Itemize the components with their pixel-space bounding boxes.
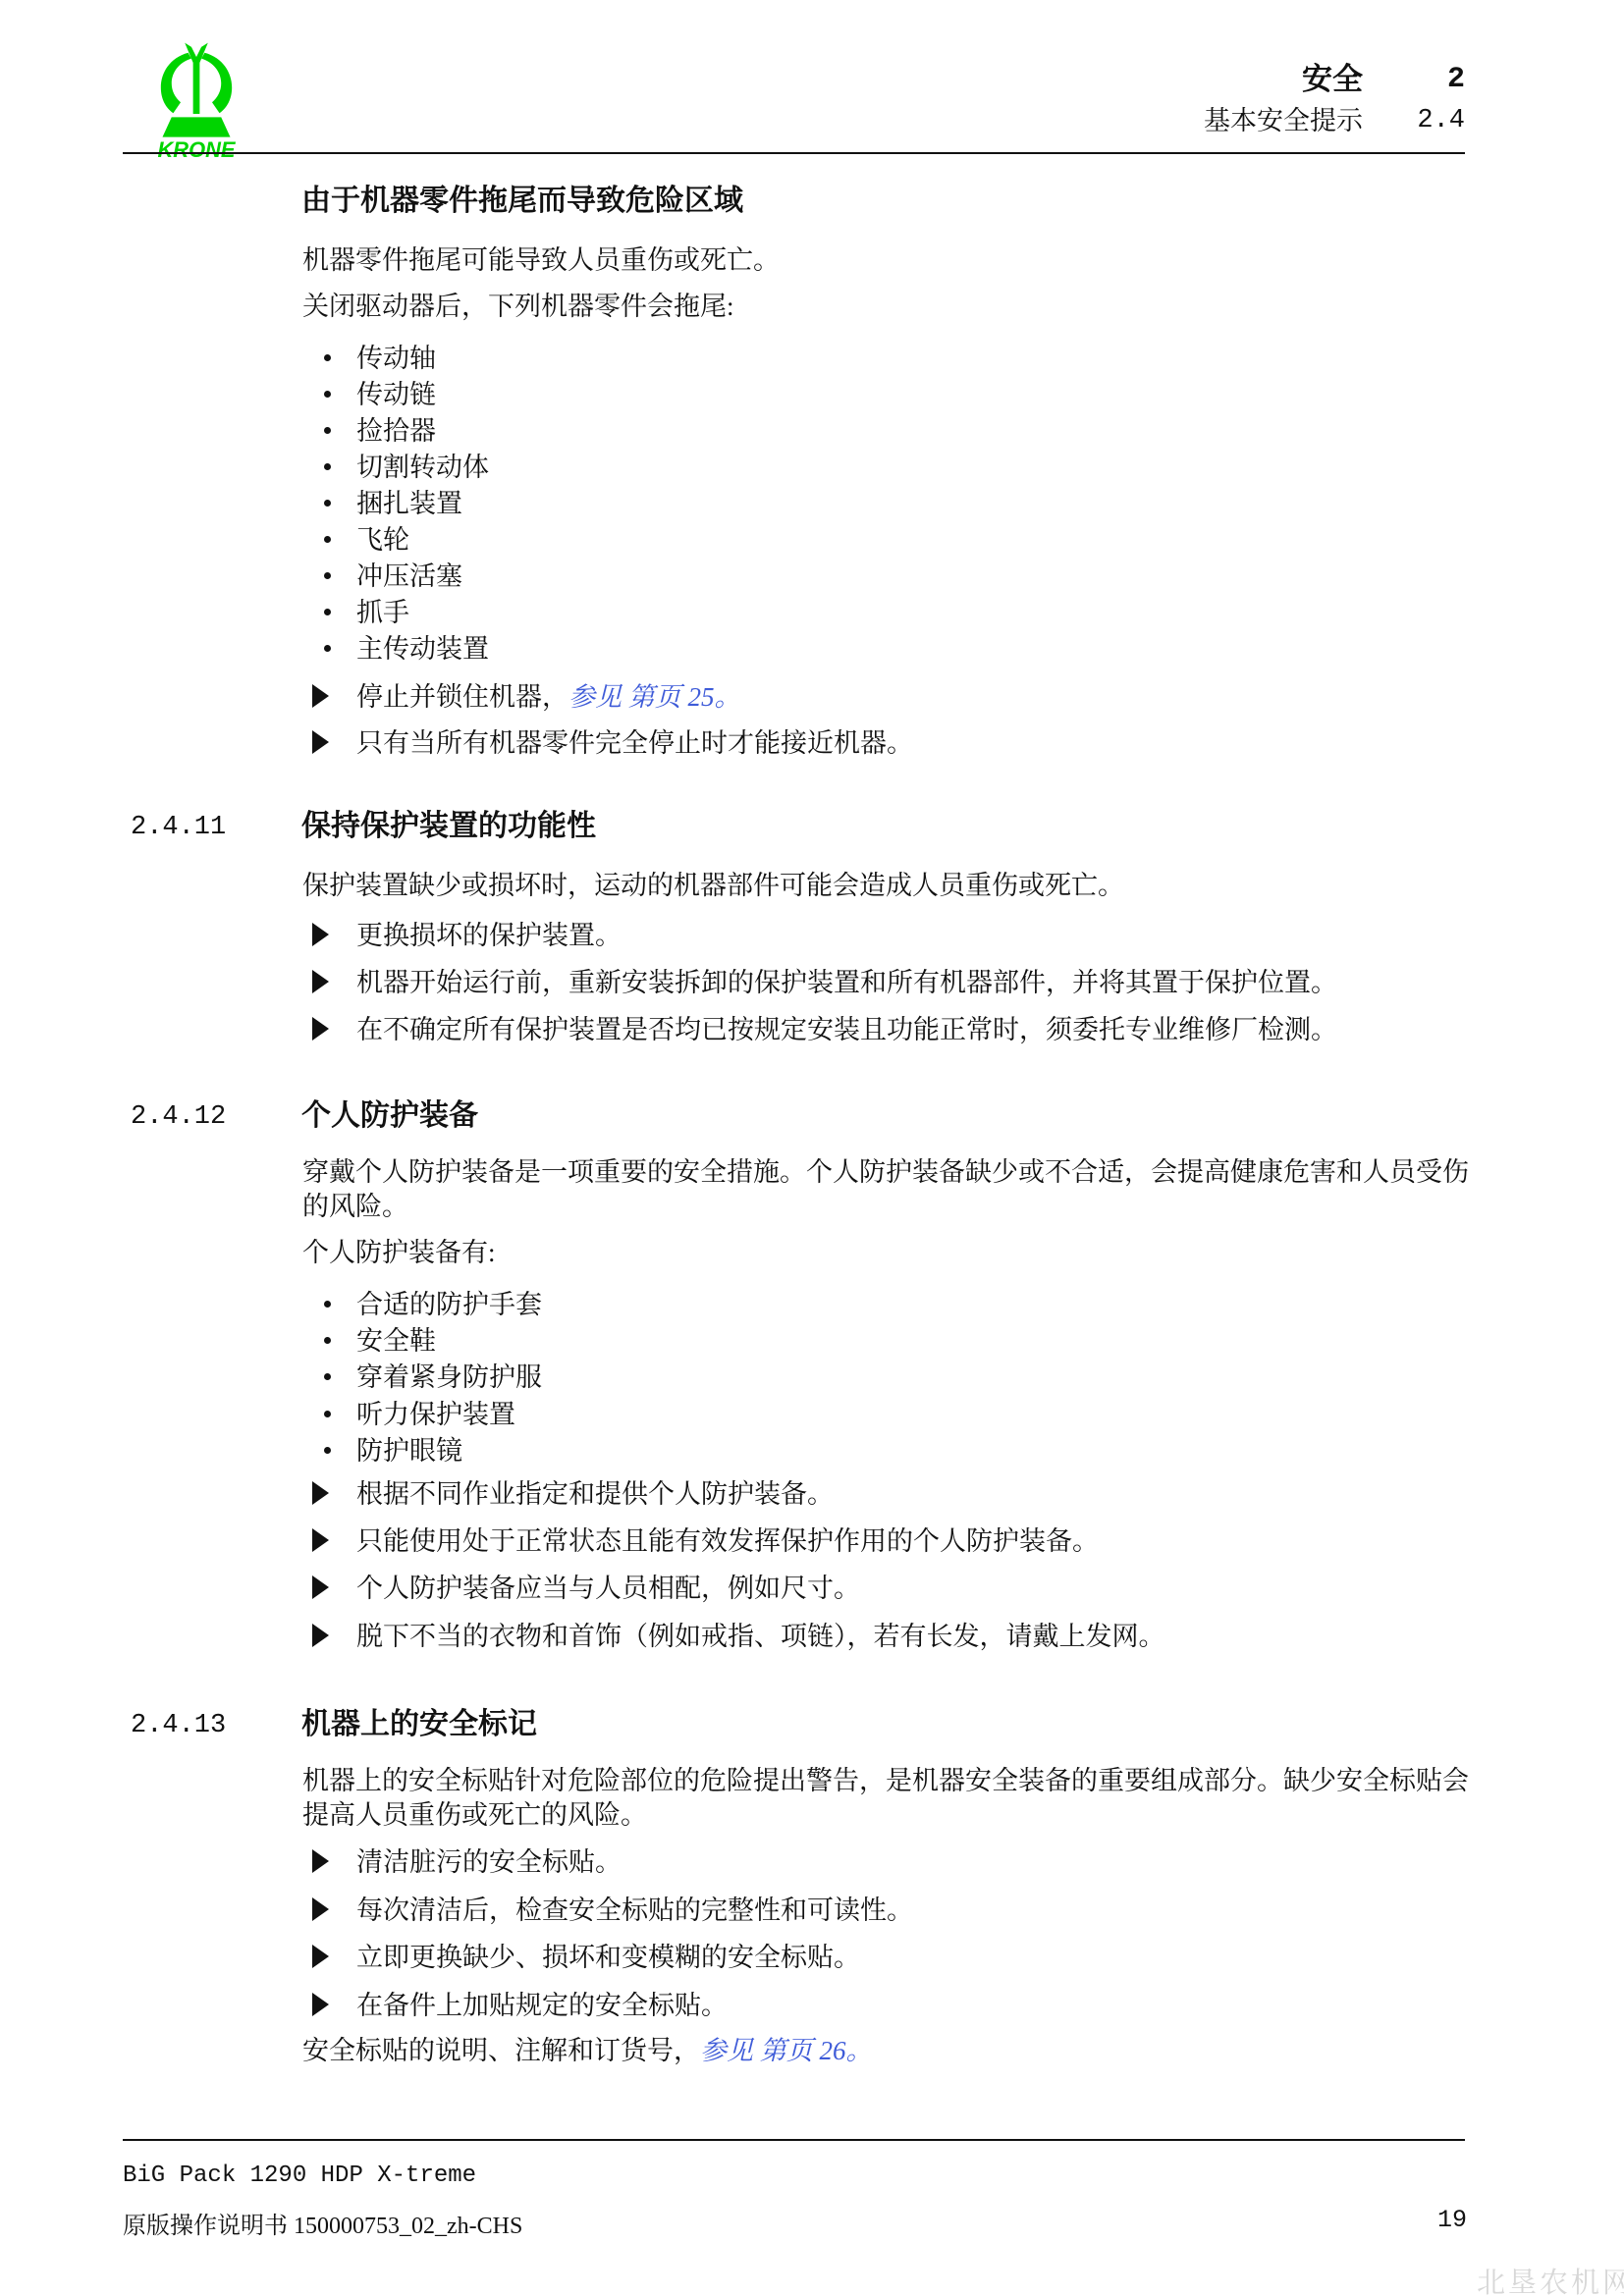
- cross-reference-link[interactable]: 参见 第页 25。: [568, 682, 741, 712]
- section-number: 2.4.11: [131, 813, 226, 842]
- footer-machine-name: BiG Pack 1290 HDP X-treme: [123, 2163, 476, 2189]
- action-item: 立即更换缺少、损坏和变模糊的安全标贴。: [312, 1941, 860, 1974]
- list-item: 穿着紧身防护服: [324, 1361, 542, 1394]
- action-text: 只能使用处于正常状态且能有效发挥保护作用的个人防护装备。: [356, 1524, 1099, 1558]
- action-text: 个人防护装备应当与人员相配，例如尺寸。: [356, 1572, 860, 1605]
- header-section-title: 基本安全提示: [1204, 106, 1363, 135]
- closing-line: 安全标贴的说明、注解和订货号，参见 第页 26。: [302, 2034, 873, 2067]
- arrow-right-icon: [312, 684, 329, 708]
- watermark: 北垦农机网: [1477, 2261, 1624, 2296]
- bullet-icon: [324, 1411, 331, 1417]
- arrow-right-icon: [312, 1624, 329, 1647]
- arrow-right-icon: [312, 923, 329, 946]
- action-text: 停止并锁住机器，: [356, 682, 568, 712]
- arrow-right-icon: [312, 1528, 329, 1552]
- page-number: 19: [1437, 2206, 1467, 2234]
- arrow-right-icon: [312, 1017, 329, 1041]
- header-rule: [123, 152, 1465, 154]
- action-item: 每次清洁后，检查安全标贴的完整性和可读性。: [312, 1894, 913, 1927]
- bullet-icon: [324, 1301, 331, 1308]
- bullet-icon: [324, 1337, 331, 1344]
- manual-page: KRONE 安全 2 基本安全提示 2.4 由于机器零件拖尾而导致危险区域 机器…: [0, 0, 1624, 2296]
- list-item: 抓手: [324, 596, 409, 629]
- bullet-icon: [324, 1373, 331, 1380]
- section-heading: 个人防护装备: [301, 1099, 478, 1133]
- bullet-icon: [324, 609, 331, 615]
- closing-text: 安全标贴的说明、注解和订货号，: [302, 2036, 700, 2065]
- action-item: 清洁脏污的安全标贴。: [312, 1845, 622, 1879]
- action-text: 立即更换缺少、损坏和变模糊的安全标贴。: [356, 1941, 860, 1974]
- section-paragraph: 机器上的安全标贴针对危险部位的危险提出警告，是机器安全装备的重要组成部分。缺少安…: [302, 1764, 1471, 1833]
- action-text: 每次清洁后，检查安全标贴的完整性和可读性。: [356, 1894, 913, 1927]
- section-heading: 机器上的安全标记: [301, 1708, 537, 1741]
- arrow-right-icon: [312, 1897, 329, 1921]
- danger-zone-para2: 关闭驱动器后，下列机器零件会拖尾:: [302, 290, 734, 323]
- section-number: 2.4.13: [131, 1711, 226, 1740]
- krone-crown-icon: KRONE: [154, 41, 239, 161]
- arrow-right-icon: [312, 1945, 329, 1968]
- action-text: 根据不同作业指定和提供个人防护装备。: [356, 1477, 834, 1511]
- action-text: 更换损坏的保护装置。: [356, 919, 622, 952]
- bullet-icon: [324, 1447, 331, 1454]
- krone-logo: KRONE: [154, 41, 239, 161]
- list-item: 冲压活塞: [324, 560, 462, 593]
- bullet-icon: [324, 500, 331, 507]
- section-heading: 保持保护装置的功能性: [301, 810, 596, 843]
- bullet-icon: [324, 536, 331, 543]
- list-item: 捡拾器: [324, 414, 436, 448]
- arrow-right-icon: [312, 730, 329, 754]
- action-item: 根据不同作业指定和提供个人防护装备。: [312, 1477, 834, 1511]
- bullet-icon: [324, 463, 331, 470]
- list-item: 防护眼镜: [324, 1434, 462, 1468]
- header-chapter-number: 2: [1363, 63, 1465, 96]
- action-item: 只能使用处于正常状态且能有效发挥保护作用的个人防护装备。: [312, 1524, 1099, 1558]
- svg-text:KRONE: KRONE: [158, 137, 237, 161]
- list-item: 传动链: [324, 378, 436, 411]
- action-text: 脱下不当的衣物和首饰（例如戒指、项链），若有长发，请戴上发网。: [356, 1620, 1165, 1653]
- page-header: 安全 2 基本安全提示 2.4: [1204, 63, 1465, 135]
- arrow-right-icon: [312, 970, 329, 993]
- action-item: 在备件上加贴规定的安全标贴。: [312, 1989, 728, 2022]
- action-item: 个人防护装备应当与人员相配，例如尺寸。: [312, 1572, 860, 1605]
- danger-zone-para1: 机器零件拖尾可能导致人员重伤或死亡。: [302, 243, 780, 277]
- arrow-right-icon: [312, 1849, 329, 1873]
- bullet-icon: [324, 427, 331, 434]
- list-item: 安全鞋: [324, 1324, 436, 1358]
- bullet-icon: [324, 391, 331, 398]
- action-text: 清洁脏污的安全标贴。: [356, 1845, 622, 1879]
- list-item: 主传动装置: [324, 632, 489, 666]
- bullet-icon: [324, 645, 331, 652]
- section-paragraph: 保护装置缺少或损坏时，运动的机器部件可能会造成人员重伤或死亡。: [302, 869, 1124, 902]
- header-section-number: 2.4: [1363, 106, 1465, 135]
- action-item: 在不确定所有保护装置是否均已按规定安装且功能正常时，须委托专业维修厂检测。: [312, 1013, 1337, 1046]
- action-item: 机器开始运行前，重新安装拆卸的保护装置和所有机器部件，并将其置于保护位置。: [312, 966, 1337, 999]
- list-item: 合适的防护手套: [324, 1288, 542, 1321]
- arrow-right-icon: [312, 1481, 329, 1505]
- header-chapter-title: 安全: [1204, 63, 1363, 96]
- danger-zone-heading: 由于机器零件拖尾而导致危险区域: [301, 185, 743, 218]
- list-item: 捆扎装置: [324, 487, 462, 520]
- list-item: 飞轮: [324, 523, 409, 557]
- list-item: 切割转动体: [324, 451, 489, 484]
- arrow-right-icon: [312, 1993, 329, 2016]
- action-item: 更换损坏的保护装置。: [312, 919, 622, 952]
- action-text: 只有当所有机器零件完全停止时才能接近机器。: [356, 726, 913, 760]
- list-item: 听力保护装置: [324, 1398, 515, 1431]
- action-item: 停止并锁住机器，参见 第页 25。: [312, 680, 741, 714]
- bullet-icon: [324, 354, 331, 361]
- section-paragraph: 个人防护装备有:: [302, 1236, 496, 1269]
- action-text: 机器开始运行前，重新安装拆卸的保护装置和所有机器部件，并将其置于保护位置。: [356, 966, 1337, 999]
- list-item: 传动轴: [324, 342, 436, 375]
- bullet-icon: [324, 572, 331, 579]
- action-text: 在备件上加贴规定的安全标贴。: [356, 1989, 728, 2022]
- action-item: 只有当所有机器零件完全停止时才能接近机器。: [312, 726, 913, 760]
- section-number: 2.4.12: [131, 1102, 226, 1132]
- footer-document-id: 原版操作说明书 150000753_02_zh-CHS: [123, 2206, 522, 2240]
- arrow-right-icon: [312, 1575, 329, 1599]
- action-text: 在不确定所有保护装置是否均已按规定安装且功能正常时，须委托专业维修厂检测。: [356, 1013, 1337, 1046]
- cross-reference-link[interactable]: 参见 第页 26。: [700, 2036, 873, 2065]
- action-item: 脱下不当的衣物和首饰（例如戒指、项链），若有长发，请戴上发网。: [312, 1620, 1165, 1653]
- section-paragraph: 穿戴个人防护装备是一项重要的安全措施。个人防护装备缺少或不合适，会提高健康危害和…: [302, 1155, 1471, 1224]
- footer-rule: [123, 2139, 1465, 2141]
